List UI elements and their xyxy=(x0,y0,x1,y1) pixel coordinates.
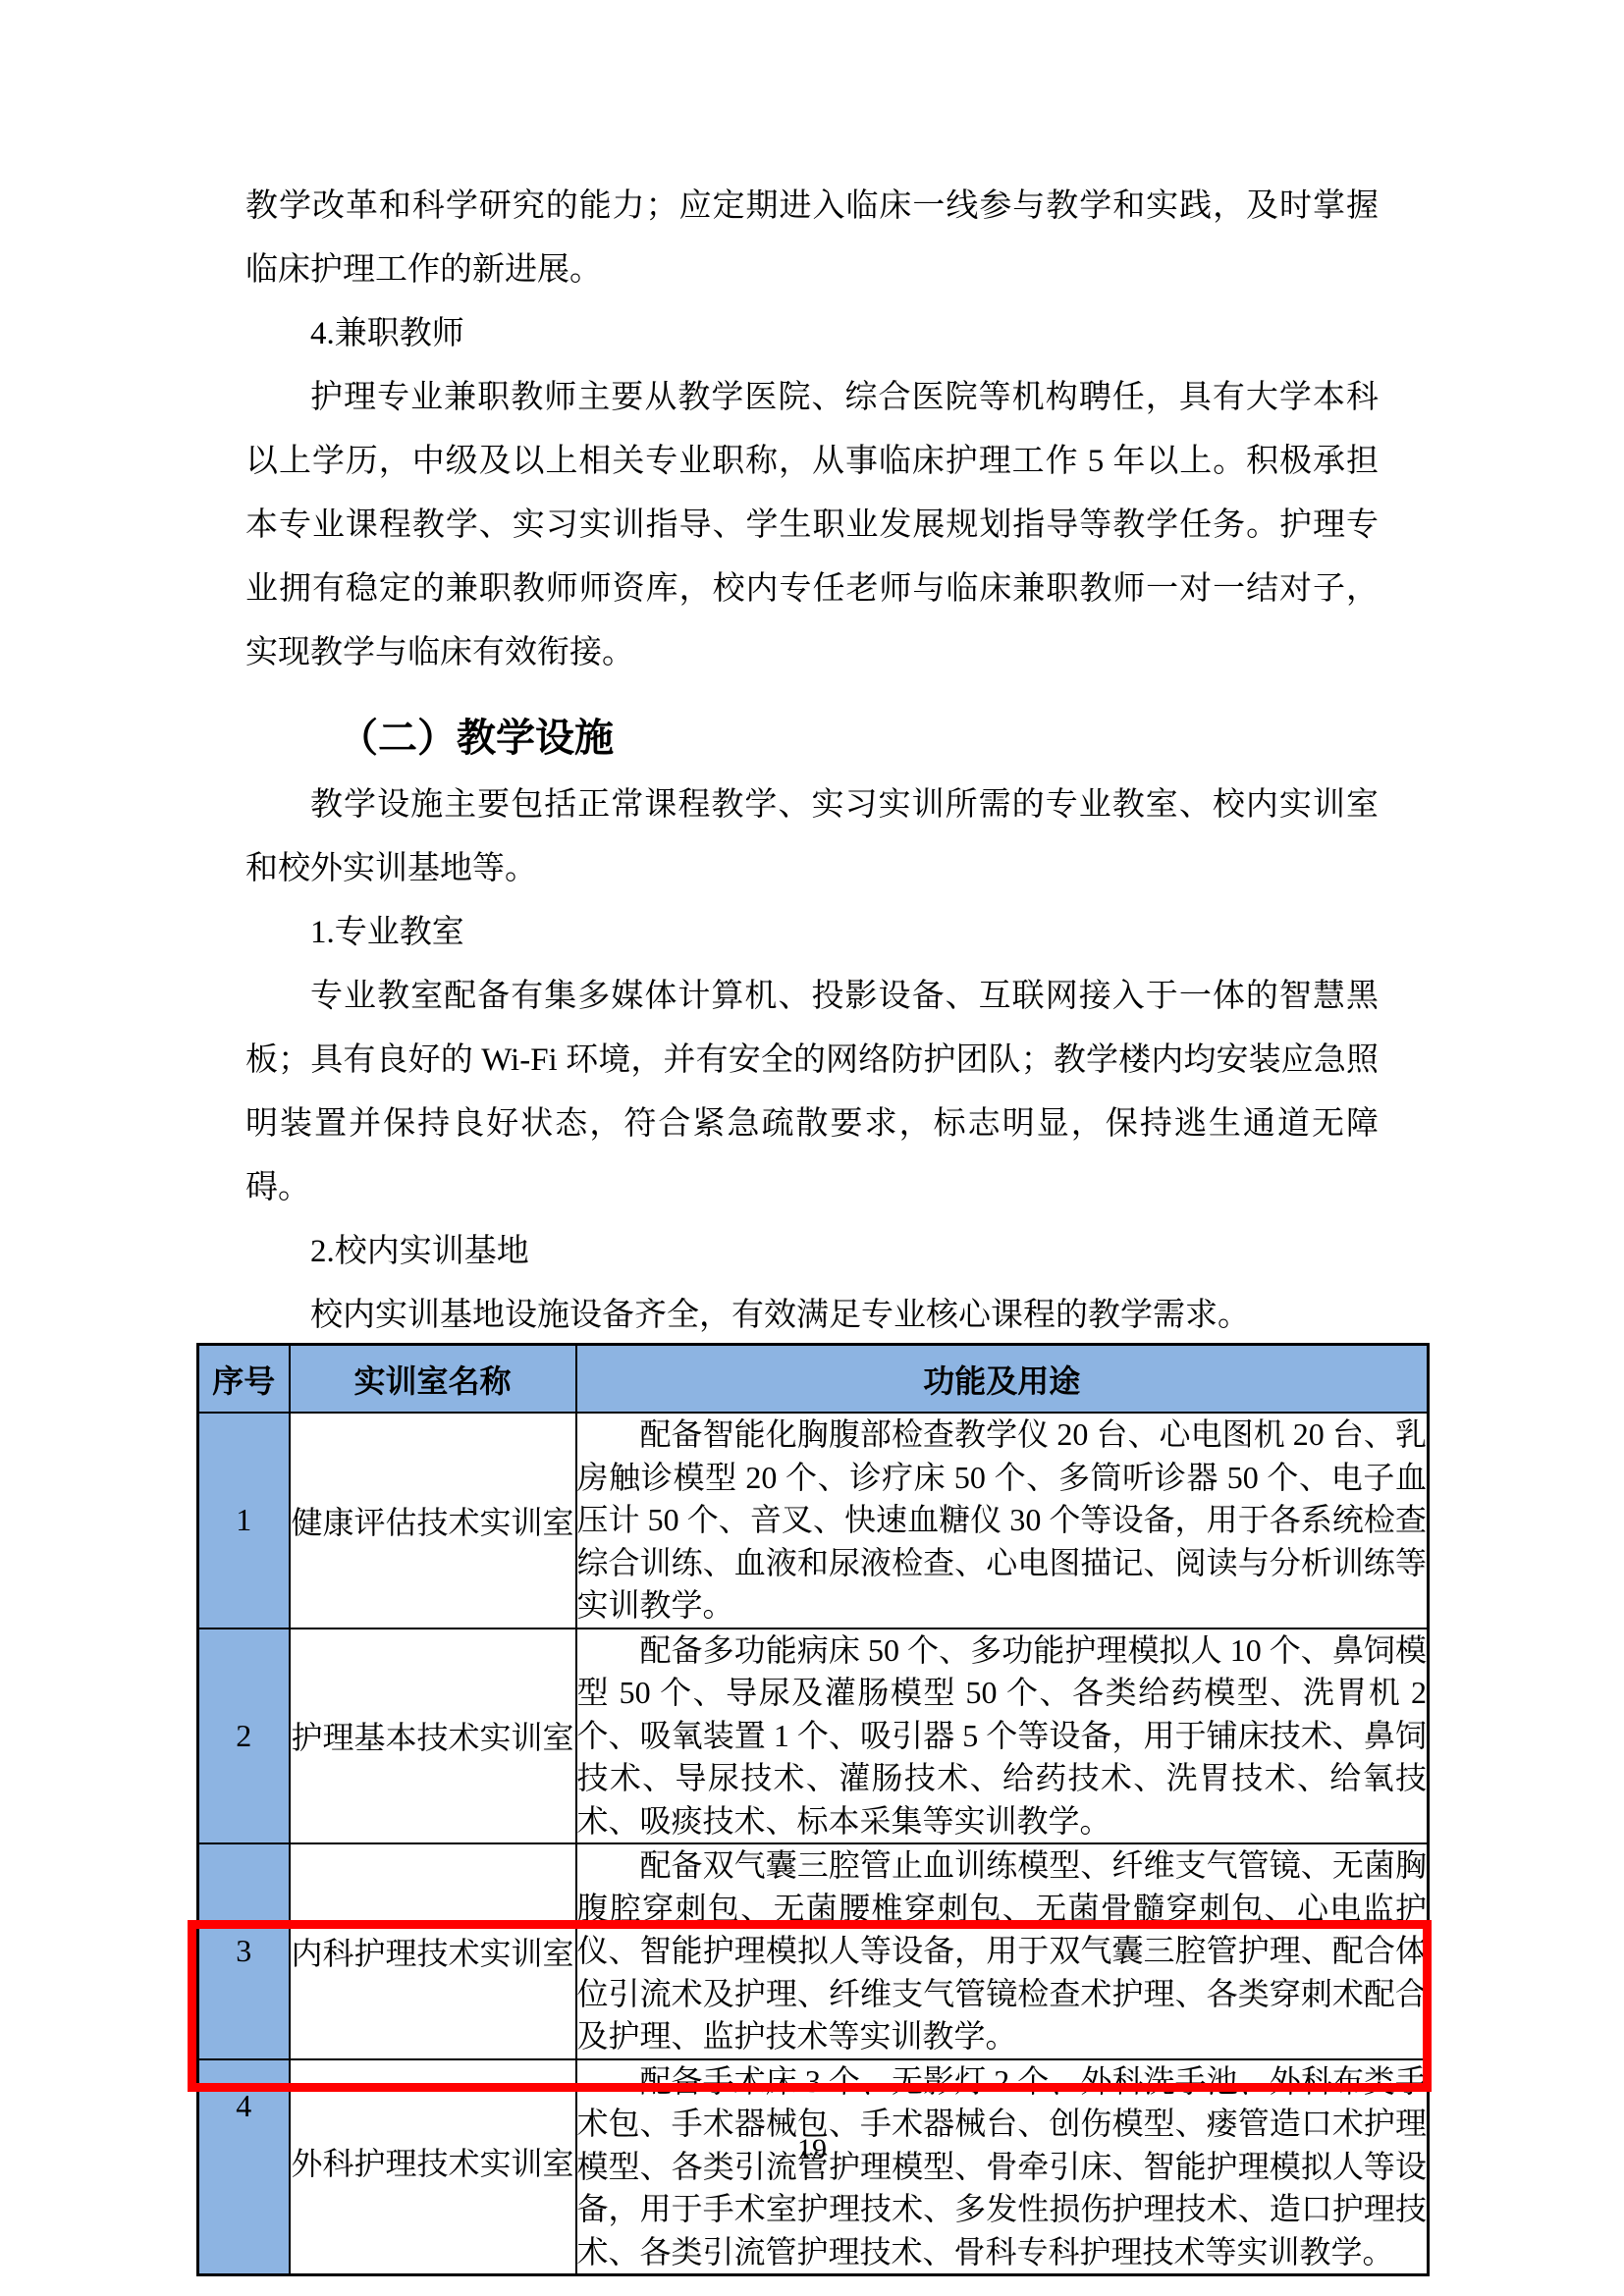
room-name-cell: 护理基本技术实训室 xyxy=(290,1629,576,1844)
function-text: 配备多功能病床 50 个、多功能护理模拟人 10 个、鼻饲模型 50 个、导尿及… xyxy=(577,1629,1428,1843)
section-heading: （二）教学设施 xyxy=(245,709,1379,768)
function-cell: 配备双气囊三腔管止血训练模型、纤维支气管镜、无菌胸腹腔穿刺包、无菌腰椎穿刺包、无… xyxy=(576,1843,1429,2059)
row-number-cell: 3 xyxy=(198,1843,290,2059)
room-name-cell: 内科护理技术实训室 xyxy=(290,1843,576,2059)
paragraph: 教学设施主要包括正常课程教学、实习实训所需的专业教室、校内实训室和校外实训基地等… xyxy=(245,774,1379,901)
paragraph: 专业教室配备有集多媒体计算机、投影设备、互联网接入于一体的智慧黑板；具有良好的 … xyxy=(245,965,1379,1220)
column-header-name: 实训室名称 xyxy=(290,1345,576,1414)
document-page: 教学改革和科学研究的能力；应定期进入临床一线参与教学和实践，及时掌握临床护理工作… xyxy=(0,0,1624,2296)
room-name-cell: 健康评估技术实训室 xyxy=(290,1413,576,1629)
function-text: 配备智能化胸腹部检查教学仪 20 台、心电图机 20 台、乳房触诊模型 20 个… xyxy=(577,1414,1428,1628)
function-cell: 配备智能化胸腹部检查教学仪 20 台、心电图机 20 台、乳房触诊模型 20 个… xyxy=(576,1413,1429,1629)
function-cell: 配备多功能病床 50 个、多功能护理模拟人 10 个、鼻饲模型 50 个、导尿及… xyxy=(576,1629,1429,1844)
paragraph: 教学改革和科学研究的能力；应定期进入临床一线参与教学和实践，及时掌握临床护理工作… xyxy=(245,175,1379,302)
row-number-cell: 2 xyxy=(198,1629,290,1844)
paragraph: 校内实训基地设施设备齐全，有效满足专业核心课程的教学需求。 xyxy=(245,1284,1379,1348)
table-row: 3 内科护理技术实训室 配备双气囊三腔管止血训练模型、纤维支气管镜、无菌胸腹腔穿… xyxy=(198,1843,1429,2059)
paragraph-numbered-item: 2.校内实训基地 xyxy=(245,1220,1379,1284)
paragraph-numbered-item: 1.专业教室 xyxy=(245,901,1379,965)
table-row: 1 健康评估技术实训室 配备智能化胸腹部检查教学仪 20 台、心电图机 20 台… xyxy=(198,1413,1429,1629)
row-number-cell: 1 xyxy=(198,1413,290,1629)
column-header-no: 序号 xyxy=(198,1345,290,1414)
paragraph-numbered-item: 4.兼职教师 xyxy=(245,302,1379,366)
document-body: 教学改革和科学研究的能力；应定期进入临床一线参与教学和实践，及时掌握临床护理工作… xyxy=(245,175,1379,1393)
table-row: 2 护理基本技术实训室 配备多功能病床 50 个、多功能护理模拟人 10 个、鼻… xyxy=(198,1629,1429,1844)
page-number: 19 xyxy=(0,2128,1624,2171)
paragraph: 护理专业兼职教师主要从教学医院、综合医院等机构聘任，具有大学本科以上学历，中级及… xyxy=(245,366,1379,685)
table-header-row: 序号 实训室名称 功能及用途 xyxy=(198,1345,1429,1414)
column-header-function: 功能及用途 xyxy=(576,1345,1429,1414)
function-text: 配备双气囊三腔管止血训练模型、纤维支气管镜、无菌胸腹腔穿刺包、无菌腰椎穿刺包、无… xyxy=(577,1844,1428,2058)
